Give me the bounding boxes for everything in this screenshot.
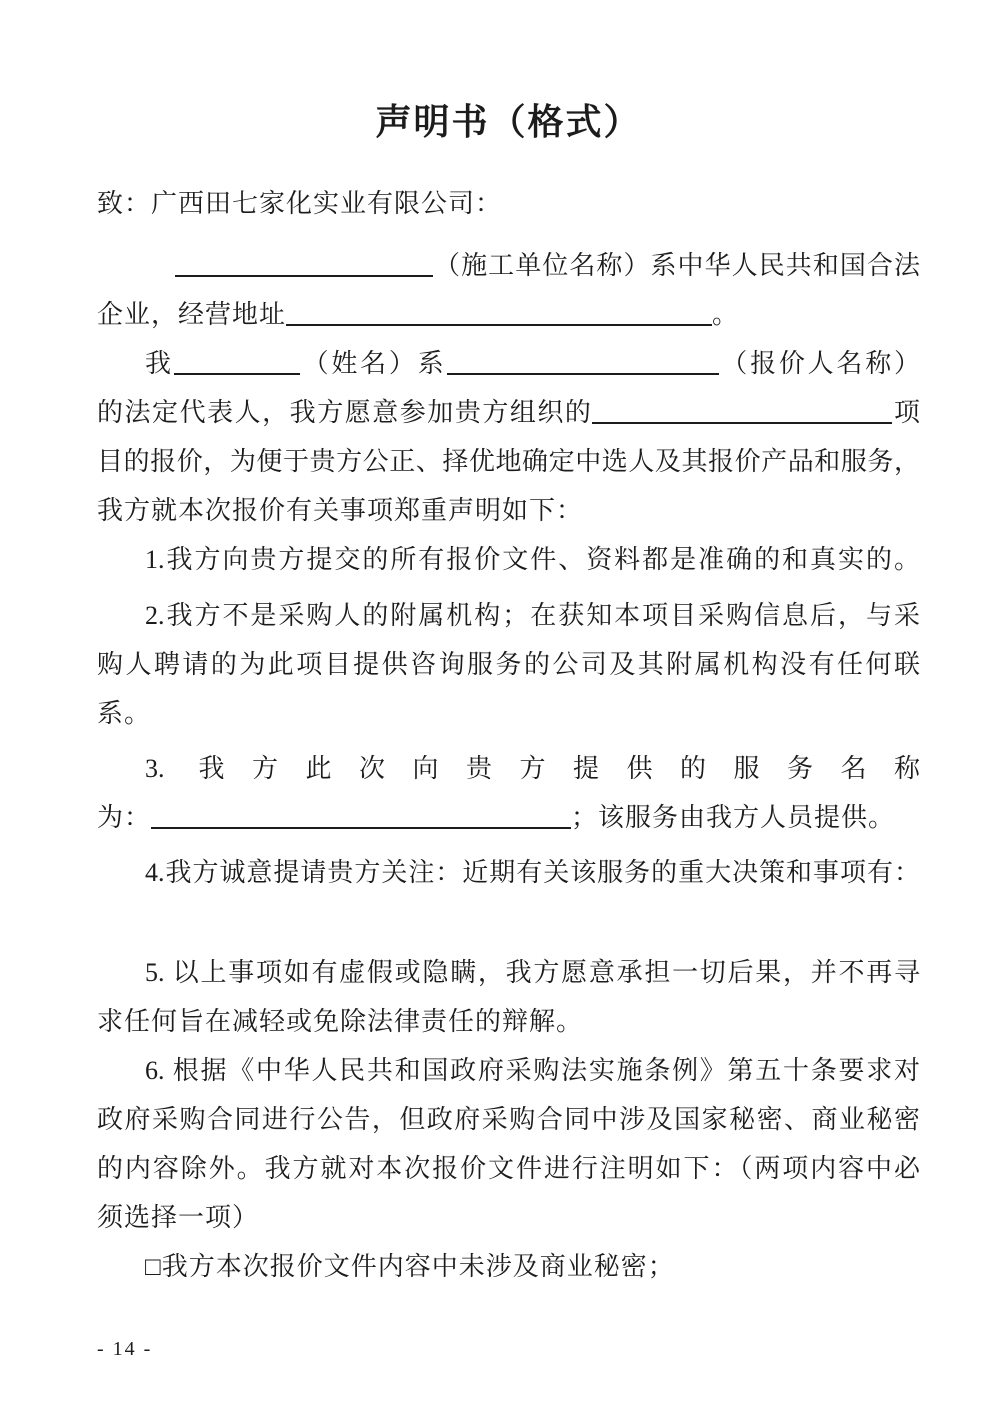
project-pre-text: 的法定代表人，我方愿意参加贵方组织的 bbox=[97, 398, 592, 427]
company-name-line: （施工单位名称）系中华人民共和国合法 bbox=[97, 241, 920, 290]
item-2-line-3: 系。 bbox=[97, 689, 920, 738]
blank-field-service-name bbox=[151, 801, 571, 829]
rep-mid-text: （姓名）系 bbox=[300, 349, 447, 378]
company-address-line: 企业，经营地址。 bbox=[97, 290, 920, 339]
rep-post-text: （报价人名称） bbox=[719, 349, 920, 378]
item-1-line: 1.我方向贵方提交的所有报价文件、资料都是准确的和真实的。 bbox=[97, 535, 920, 584]
item-2-line-1: 2.我方不是采购人的附属机构；在获知本项目采购信息后，与采 bbox=[97, 591, 920, 640]
blank-field-name bbox=[174, 347, 300, 375]
item-6-line-2: 政府采购合同进行公告，但政府采购合同中涉及国家秘密、商业秘密 bbox=[97, 1095, 920, 1144]
document-page: 声明书（格式） 致：广西田七家化实业有限公司： （施工单位名称）系中华人民共和国… bbox=[0, 0, 1000, 1414]
blank-field-bidder-name bbox=[447, 347, 719, 375]
item-6-line-1: 6. 根据《中华人民共和国政府采购法实施条例》第五十条要求对 bbox=[97, 1046, 920, 1095]
recipient-line: 致：广西田七家化实业有限公司： bbox=[97, 179, 920, 228]
project-post-text: 项 bbox=[892, 398, 920, 427]
project-line: 的法定代表人，我方愿意参加贵方组织的项 bbox=[97, 388, 920, 437]
item-6-line-3: 的内容除外。我方就对本次报价文件进行注明如下：（两项内容中必 bbox=[97, 1144, 920, 1193]
checkbox-option-label: 我方本次报价文件内容中未涉及商业秘密； bbox=[162, 1252, 675, 1281]
rep-pre-text: 我 bbox=[145, 349, 174, 378]
service-name-label: 为： bbox=[97, 803, 151, 832]
item-3-line-2: 为：；该服务由我方人员提供。 bbox=[97, 793, 920, 842]
checkbox-no-trade-secret: □ bbox=[145, 1252, 162, 1281]
item-5-line-2: 求任何旨在减轻或免除法律责任的辩解。 bbox=[97, 997, 920, 1046]
intro-continuation-line: 目的报价，为便于贵方公正、择优地确定中选人及其报价产品和服务， bbox=[97, 437, 920, 486]
document-title: 声明书（格式） bbox=[97, 96, 920, 148]
item-2-line-2: 购人聘请的为此项目提供咨询服务的公司及其附属机构没有任何联 bbox=[97, 640, 920, 689]
representative-line: 我（姓名）系（报价人名称） bbox=[97, 339, 920, 388]
item-3-line-1: 3. 我方此次向贵方提供的服务名称 bbox=[97, 744, 920, 793]
service-name-post-text: ；该服务由我方人员提供。 bbox=[571, 803, 895, 832]
blank-field-business-address bbox=[286, 298, 712, 326]
document-content: 声明书（格式） 致：广西田七家化实业有限公司： （施工单位名称）系中华人民共和国… bbox=[0, 96, 1000, 1363]
blank-field-construction-unit-name bbox=[175, 249, 433, 277]
page-number: - 14 - bbox=[97, 1335, 920, 1363]
blank-fill-in-area bbox=[97, 897, 920, 948]
item-5-line-1: 5. 以上事项如有虚假或隐瞒，我方愿意承担一切后果，并不再寻 bbox=[97, 948, 920, 997]
company-note-text: （施工单位名称）系中华人民共和国合法 bbox=[433, 251, 920, 280]
address-end-punct: 。 bbox=[712, 300, 739, 329]
checkbox-option-line: □我方本次报价文件内容中未涉及商业秘密； bbox=[97, 1242, 920, 1291]
item-6-line-4: 须选择一项） bbox=[97, 1193, 920, 1242]
declaration-lead-line: 我方就本次报价有关事项郑重声明如下： bbox=[97, 486, 920, 535]
blank-field-project-name bbox=[592, 396, 892, 424]
address-label-text: 企业，经营地址 bbox=[97, 300, 286, 329]
item-4-line: 4.我方诚意提请贵方关注：近期有关该服务的重大决策和事项有： bbox=[97, 848, 920, 897]
